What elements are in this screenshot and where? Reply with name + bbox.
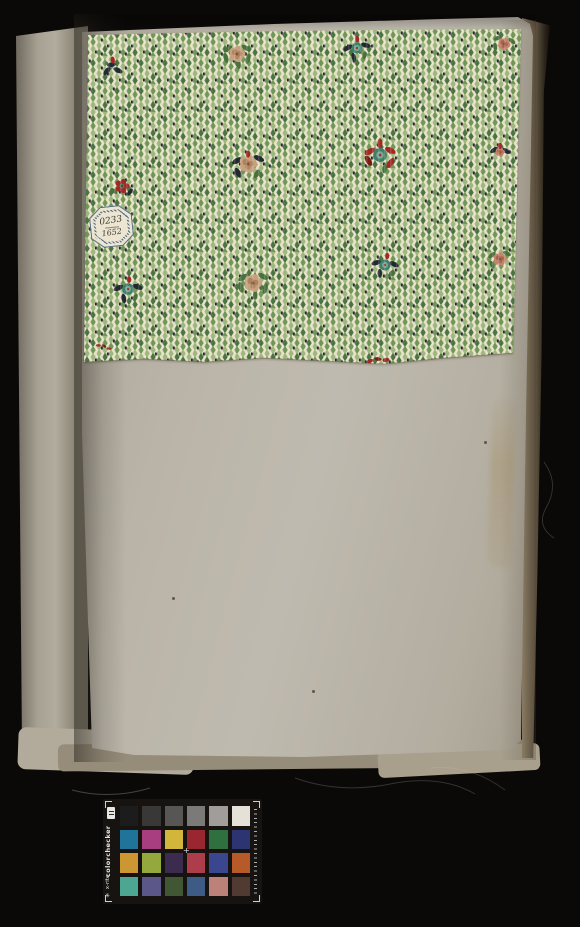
checker-patch (165, 806, 183, 826)
checker-patch (187, 877, 205, 897)
fiber-strand (72, 788, 150, 795)
dust-speck (312, 690, 315, 693)
fabric-swatch (84, 28, 521, 364)
checker-classic-badge (107, 807, 115, 819)
checker-patch (209, 877, 227, 897)
checker-patch (187, 830, 205, 850)
checker-patch (120, 877, 138, 897)
ikat-ground (84, 28, 521, 364)
fiber-strand (542, 462, 554, 538)
colorchecker-card: colorchecker ✳ x-rite + (103, 799, 262, 904)
checker-patch (142, 853, 160, 873)
x-rite-label: x-rite (105, 874, 111, 889)
fiber-strand (295, 778, 475, 794)
checker-patch (142, 806, 160, 826)
checker-patch (187, 806, 205, 826)
label-number-bottom: 1652 (101, 227, 122, 238)
dust-speck (484, 441, 487, 444)
checker-patch (142, 877, 160, 897)
checker-patch (165, 830, 183, 850)
left-page-edge (16, 22, 88, 762)
checker-patch (232, 806, 250, 826)
checker-patch (120, 830, 138, 850)
checker-patch (142, 830, 160, 850)
checker-patch (120, 853, 138, 873)
checker-patch (209, 830, 227, 850)
checker-patch (187, 853, 205, 873)
checker-maker-text: ✳ x-rite (104, 873, 117, 899)
checker-ruler-ticks (254, 809, 257, 894)
label-number-top: 0233 (99, 215, 123, 227)
checker-patch (209, 853, 227, 873)
checker-patch (209, 806, 227, 826)
dust-speck (172, 597, 175, 600)
checker-patch (232, 830, 250, 850)
x-rite-logo-icon: ✳ (104, 891, 111, 898)
registration-mark (253, 895, 260, 902)
checker-patch (165, 877, 183, 897)
photograph-scene: 0233 1652 colorchecker ✳ x-rite + (0, 0, 580, 927)
checker-patch (232, 877, 250, 897)
collection-label: 0233 1652 (88, 204, 135, 249)
checker-patch (165, 853, 183, 873)
checker-patch (120, 806, 138, 826)
checker-patch (232, 853, 250, 873)
checker-brand-text: colorchecker (104, 821, 117, 881)
registration-mark (253, 801, 260, 808)
checker-center-cross: + (183, 846, 190, 855)
